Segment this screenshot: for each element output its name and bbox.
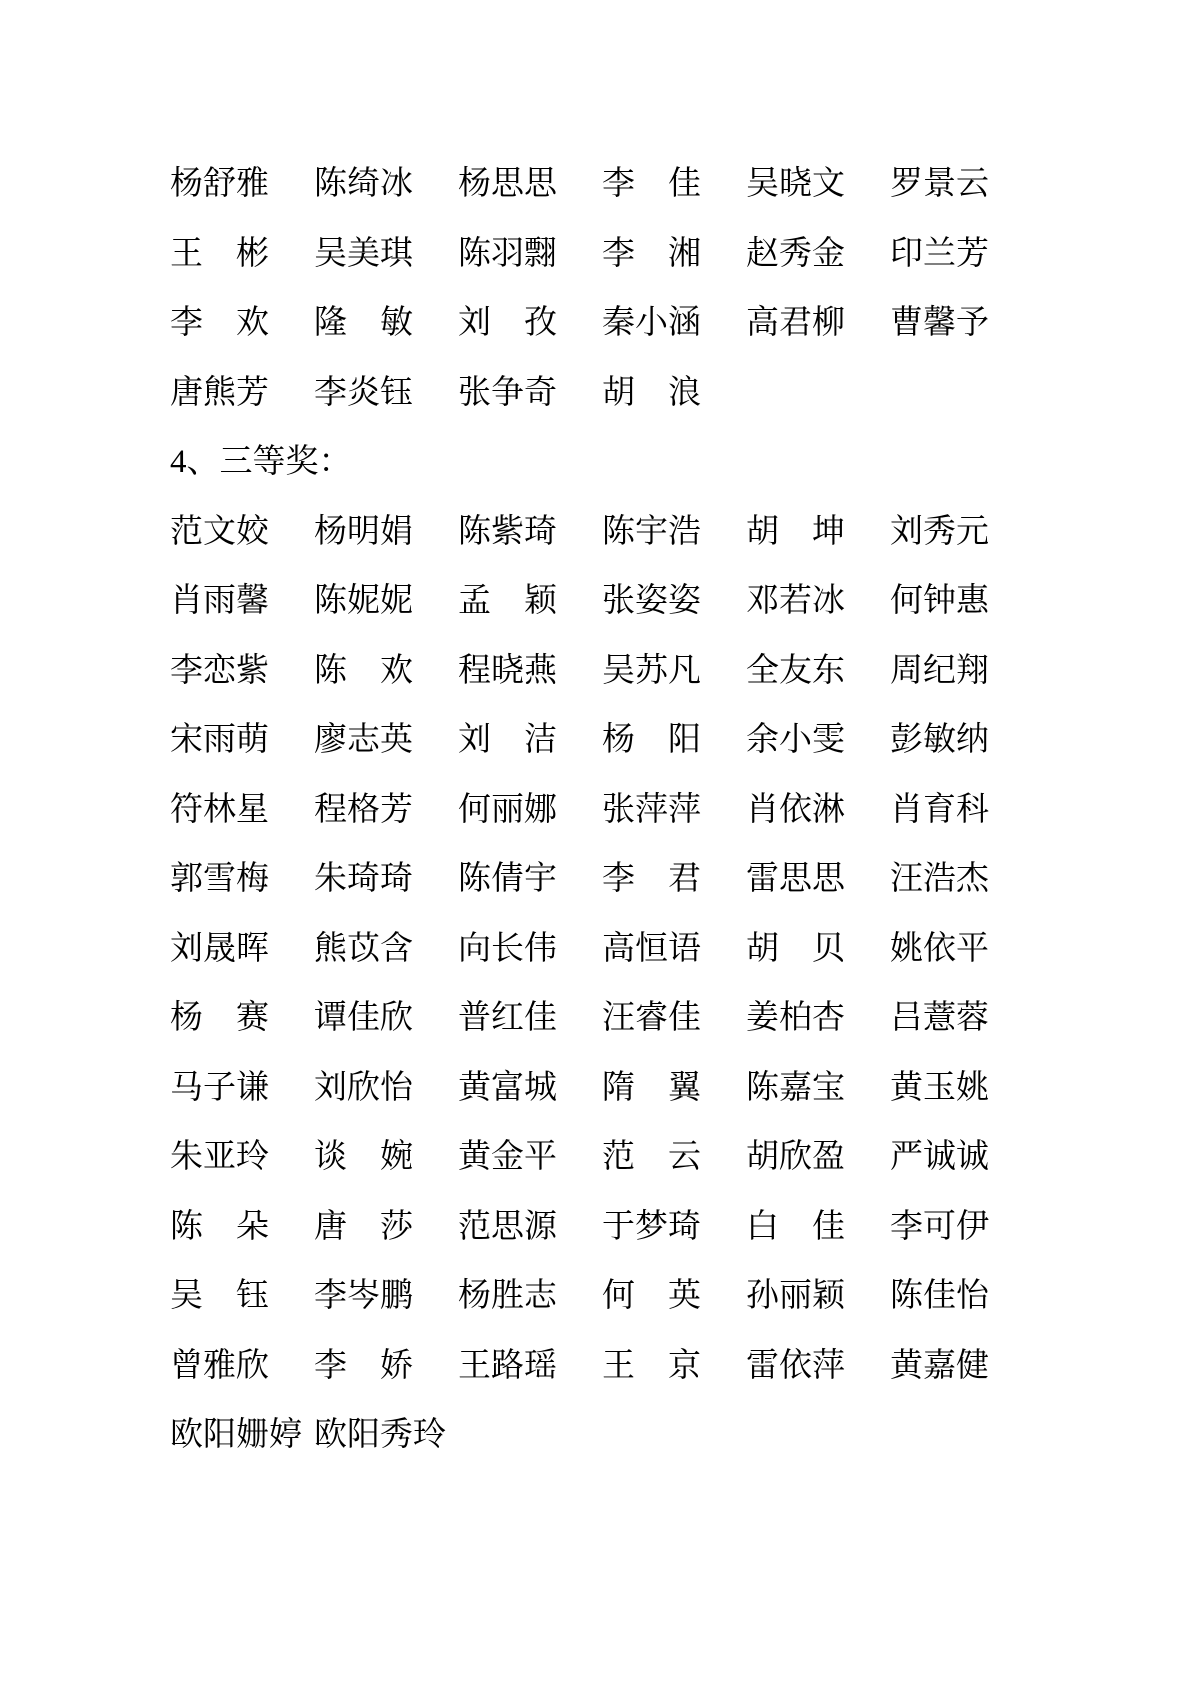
name-cell: 刘晟晖 <box>170 933 314 966</box>
name-cell: 熊苡含 <box>314 933 458 966</box>
name-cell: 黄富城 <box>458 1072 602 1105</box>
name-cell: 范文姣 <box>170 516 314 549</box>
name-cell: 欧阳秀玲 <box>314 1419 458 1452</box>
name-cell: 李岑鹏 <box>314 1280 458 1313</box>
name-cell: 黄金平 <box>458 1141 602 1174</box>
name-cell: 胡 浪 <box>602 377 746 410</box>
name-cell: 李 娇 <box>314 1350 458 1383</box>
name-cell: 邓若冰 <box>746 585 890 618</box>
name-cell: 彭敏纳 <box>890 724 1034 757</box>
name-cell: 全友东 <box>746 655 890 688</box>
name-row: 宋雨萌廖志英刘 洁杨 阳余小雯彭敏纳 <box>170 706 1191 776</box>
name-cell: 高君柳 <box>746 307 890 340</box>
name-cell: 吴美琪 <box>314 238 458 271</box>
name-row: 欧阳姗婷欧阳秀玲 <box>170 1401 1191 1471</box>
name-cell: 王 京 <box>602 1350 746 1383</box>
name-cell: 隋 翼 <box>602 1072 746 1105</box>
name-cell: 陈绮冰 <box>314 168 458 201</box>
name-cell: 罗景云 <box>890 168 1034 201</box>
name-cell: 刘欣怡 <box>314 1072 458 1105</box>
name-cell: 肖雨馨 <box>170 585 314 618</box>
name-cell: 杨胜志 <box>458 1280 602 1313</box>
name-row: 吴 钰李岑鹏杨胜志何 英孙丽颖陈佳怡 <box>170 1262 1191 1332</box>
name-cell: 吴苏凡 <box>602 655 746 688</box>
name-cell: 张姿姿 <box>602 585 746 618</box>
name-row: 陈 朵唐 莎范思源于梦琦白 佳李可伊 <box>170 1193 1191 1263</box>
name-cell: 陈宇浩 <box>602 516 746 549</box>
name-row: 肖雨馨陈妮妮孟 颖张姿姿邓若冰何钟惠 <box>170 567 1191 637</box>
name-cell: 孙丽颖 <box>746 1280 890 1313</box>
name-cell: 雷依萍 <box>746 1350 890 1383</box>
name-cell: 程格芳 <box>314 794 458 827</box>
name-cell: 范思源 <box>458 1211 602 1244</box>
name-row: 刘晟晖熊苡含向长伟高恒语胡 贝姚依平 <box>170 915 1191 985</box>
name-row: 李 欢隆 敏刘 孜秦小涵高君柳曹馨予 <box>170 289 1191 359</box>
name-cell: 高恒语 <box>602 933 746 966</box>
name-cell: 吕薏蓉 <box>890 1002 1034 1035</box>
name-cell: 范 云 <box>602 1141 746 1174</box>
name-cell: 陈 欢 <box>314 655 458 688</box>
name-row: 马子谦刘欣怡黄富城隋 翼陈嘉宝黄玉姚 <box>170 1054 1191 1124</box>
third-prize-heading: 4、三等奖： <box>170 428 1191 498</box>
name-row: 唐熊芳李炎钰张争奇胡 浪 <box>170 359 1191 429</box>
name-row: 郭雪梅朱琦琦陈倩宇李 君雷思思汪浩杰 <box>170 845 1191 915</box>
name-cell: 胡 贝 <box>746 933 890 966</box>
name-cell: 张争奇 <box>458 377 602 410</box>
name-cell: 陈嘉宝 <box>746 1072 890 1105</box>
name-cell: 李 欢 <box>170 307 314 340</box>
name-row: 李恋紫陈 欢程晓燕吴苏凡全友东周纪翔 <box>170 637 1191 707</box>
award-list-continued: 杨舒雅陈绮冰杨思思李 佳吴晓文罗景云王 彬吴美琪陈羽翲李 湘赵秀金印兰芳李 欢隆… <box>170 150 1191 428</box>
name-cell: 杨 赛 <box>170 1002 314 1035</box>
name-row: 曾雅欣李 娇王路瑶王 京雷依萍黄嘉健 <box>170 1332 1191 1402</box>
name-cell: 何丽娜 <box>458 794 602 827</box>
name-cell: 王路瑶 <box>458 1350 602 1383</box>
name-cell: 程晓燕 <box>458 655 602 688</box>
name-cell: 肖育科 <box>890 794 1034 827</box>
name-cell: 肖依淋 <box>746 794 890 827</box>
name-cell: 胡欣盈 <box>746 1141 890 1174</box>
name-cell: 陈羽翲 <box>458 238 602 271</box>
name-cell: 谈 婉 <box>314 1141 458 1174</box>
name-cell: 宋雨萌 <box>170 724 314 757</box>
name-cell: 朱亚玲 <box>170 1141 314 1174</box>
name-cell: 向长伟 <box>458 933 602 966</box>
name-row: 王 彬吴美琪陈羽翲李 湘赵秀金印兰芳 <box>170 220 1191 290</box>
name-cell: 陈佳怡 <box>890 1280 1034 1313</box>
name-cell: 严诚诚 <box>890 1141 1034 1174</box>
name-cell: 唐熊芳 <box>170 377 314 410</box>
name-cell: 于梦琦 <box>602 1211 746 1244</box>
name-cell: 黄玉姚 <box>890 1072 1034 1105</box>
name-cell: 朱琦琦 <box>314 863 458 896</box>
name-cell: 郭雪梅 <box>170 863 314 896</box>
name-cell: 马子谦 <box>170 1072 314 1105</box>
name-row: 符林星程格芳何丽娜张萍萍肖依淋肖育科 <box>170 776 1191 846</box>
name-cell: 陈妮妮 <box>314 585 458 618</box>
name-cell: 曾雅欣 <box>170 1350 314 1383</box>
name-cell: 李 君 <box>602 863 746 896</box>
name-cell: 杨明娟 <box>314 516 458 549</box>
document-page: 杨舒雅陈绮冰杨思思李 佳吴晓文罗景云王 彬吴美琪陈羽翲李 湘赵秀金印兰芳李 欢隆… <box>0 0 1191 1684</box>
name-row: 杨舒雅陈绮冰杨思思李 佳吴晓文罗景云 <box>170 150 1191 220</box>
name-row: 范文姣杨明娟陈紫琦陈宇浩胡 坤刘秀元 <box>170 498 1191 568</box>
name-cell: 黄嘉健 <box>890 1350 1034 1383</box>
name-cell: 张萍萍 <box>602 794 746 827</box>
name-cell: 白 佳 <box>746 1211 890 1244</box>
name-cell: 谭佳欣 <box>314 1002 458 1035</box>
name-row: 杨 赛谭佳欣普红佳汪睿佳姜柏杏吕薏蓉 <box>170 984 1191 1054</box>
name-cell: 吴晓文 <box>746 168 890 201</box>
name-cell: 隆 敏 <box>314 307 458 340</box>
name-cell: 吴 钰 <box>170 1280 314 1313</box>
third-prize-list: 范文姣杨明娟陈紫琦陈宇浩胡 坤刘秀元肖雨馨陈妮妮孟 颖张姿姿邓若冰何钟惠李恋紫陈… <box>170 498 1191 1471</box>
name-cell: 欧阳姗婷 <box>170 1419 314 1452</box>
name-cell: 汪睿佳 <box>602 1002 746 1035</box>
name-cell: 唐 莎 <box>314 1211 458 1244</box>
name-cell: 雷思思 <box>746 863 890 896</box>
name-cell: 李 佳 <box>602 168 746 201</box>
name-cell: 曹馨予 <box>890 307 1034 340</box>
name-cell: 杨思思 <box>458 168 602 201</box>
name-cell: 刘 孜 <box>458 307 602 340</box>
name-cell: 普红佳 <box>458 1002 602 1035</box>
name-cell: 汪浩杰 <box>890 863 1034 896</box>
name-cell: 李恋紫 <box>170 655 314 688</box>
name-cell: 赵秀金 <box>746 238 890 271</box>
name-cell: 周纪翔 <box>890 655 1034 688</box>
name-cell: 秦小涵 <box>602 307 746 340</box>
name-cell: 李炎钰 <box>314 377 458 410</box>
name-cell: 陈紫琦 <box>458 516 602 549</box>
name-cell: 胡 坤 <box>746 516 890 549</box>
name-cell: 刘秀元 <box>890 516 1034 549</box>
name-cell: 孟 颖 <box>458 585 602 618</box>
name-cell: 何钟惠 <box>890 585 1034 618</box>
name-row: 朱亚玲谈 婉黄金平范 云胡欣盈严诚诚 <box>170 1123 1191 1193</box>
name-cell: 符林星 <box>170 794 314 827</box>
name-cell: 姜柏杏 <box>746 1002 890 1035</box>
name-cell: 余小雯 <box>746 724 890 757</box>
name-cell: 印兰芳 <box>890 238 1034 271</box>
name-cell: 刘 洁 <box>458 724 602 757</box>
name-cell: 李 湘 <box>602 238 746 271</box>
name-cell: 杨舒雅 <box>170 168 314 201</box>
name-cell: 陈倩宇 <box>458 863 602 896</box>
name-cell: 陈 朵 <box>170 1211 314 1244</box>
name-cell: 李可伊 <box>890 1211 1034 1244</box>
name-cell: 何 英 <box>602 1280 746 1313</box>
name-cell: 姚依平 <box>890 933 1034 966</box>
name-cell: 廖志英 <box>314 724 458 757</box>
name-cell: 杨 阳 <box>602 724 746 757</box>
name-cell: 王 彬 <box>170 238 314 271</box>
